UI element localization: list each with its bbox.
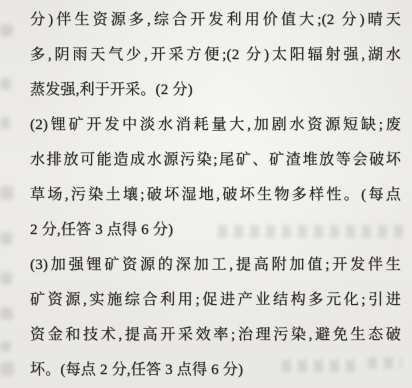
bleedthrough-mark xyxy=(0,24,13,37)
text-line-2: 多,阴雨天气少,开采方便;(2 分)太阳辐射强,湖水 xyxy=(30,38,401,73)
text-line-11: 坏。(每点 2 分,任答 3 点得 6 分) xyxy=(30,353,401,388)
text-line-3: 蒸发强,利于开采。(2 分) xyxy=(30,73,401,108)
text-line-10: 资金和技术,提高开采效率;治理污染,避免生态破 xyxy=(30,318,401,353)
text-line-5: 水排放可能造成水源污染;尾矿、矿渣堆放等会破坏 xyxy=(30,143,401,178)
text-line-1: 分)伴生资源多,综合开发利用价值大;(2 分)晴天 xyxy=(30,3,401,38)
text-line-7: 2 分,任答 3 点得 6 分) xyxy=(30,213,401,248)
bleedthrough-mark xyxy=(0,78,11,90)
bleedthrough-mark xyxy=(0,307,13,320)
bleedthrough-mark xyxy=(0,362,14,376)
bleedthrough-mark xyxy=(0,117,10,129)
text-line-6: 草场,污染土壤;破坏湿地,破坏生物多样性。(每点 xyxy=(30,178,401,213)
scanned-document-page: 分)伴生资源多,综合开发利用价值大;(2 分)晴天 多,阴雨天气少,开采方便;(… xyxy=(0,0,412,388)
text-line-4: (2)锂矿开发中淡水消耗量大,加剧水资源短缺;废 xyxy=(30,108,401,143)
bleedthrough-mark xyxy=(0,186,13,200)
bleedthrough-mark xyxy=(0,341,11,352)
bleedthrough-mark xyxy=(0,272,12,285)
text-line-8: (3)加强锂矿资源的深加工,提高附加值;开发伴生 xyxy=(30,248,401,283)
answer-text-block: 分)伴生资源多,综合开发利用价值大;(2 分)晴天 多,阴雨天气少,开采方便;(… xyxy=(30,3,401,388)
bleedthrough-mark xyxy=(0,232,12,245)
text-line-9: 矿资源,实施综合利用;促进产业结构多元化;引进 xyxy=(30,283,401,318)
